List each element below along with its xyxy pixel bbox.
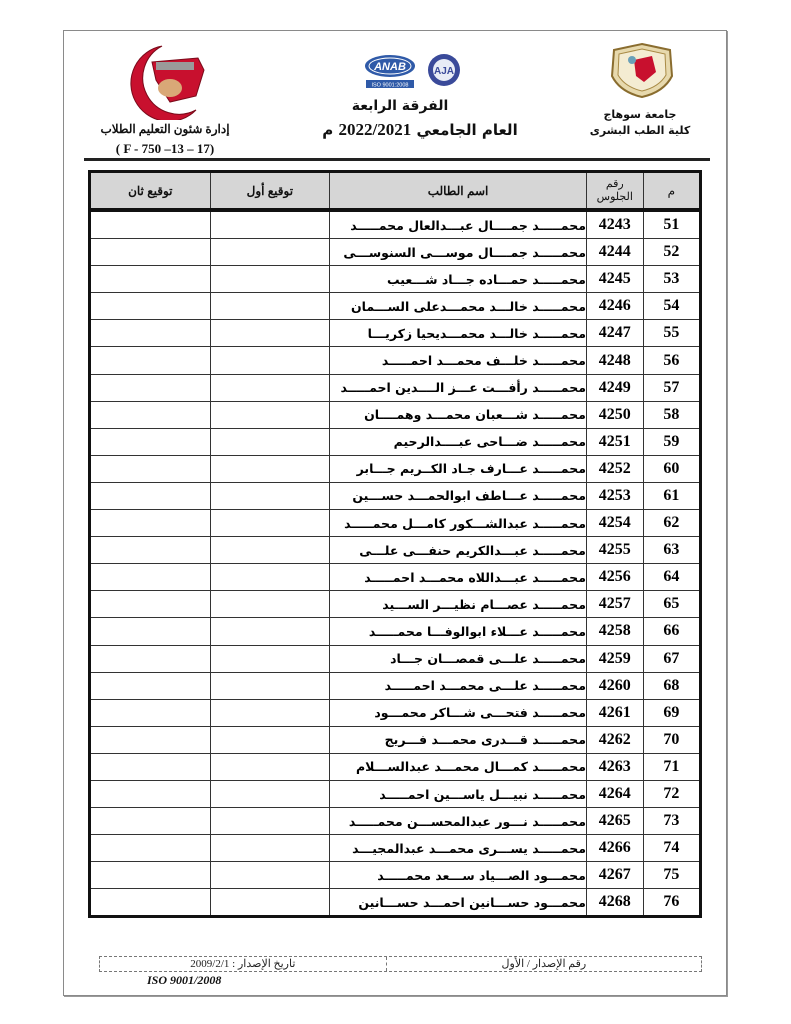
second-signature-cell[interactable]: [90, 862, 211, 889]
first-signature-cell[interactable]: [210, 808, 330, 835]
table-row: 59 4251 محمـــــد ضـــاحى عبــــدالرحيم: [90, 428, 701, 455]
row-number: 62: [643, 510, 700, 537]
row-number: 64: [643, 564, 700, 591]
student-name: محمـــــد خالـــد محمـــدعلى الســـمان: [330, 293, 587, 320]
table-row: 60 4252 محمـــــد عـــارف جـاد الكــريم …: [90, 455, 701, 482]
second-signature-cell[interactable]: [90, 510, 211, 537]
column-header-second-signature: توقيع ثان: [90, 172, 211, 211]
student-name: محمـــــد ضـــاحى عبــــدالرحيم: [330, 428, 587, 455]
student-name: محمـــــد عبدالشـــكور كامـــل محمـــــد: [330, 510, 587, 537]
second-signature-cell[interactable]: [90, 699, 211, 726]
first-signature-cell[interactable]: [210, 780, 330, 807]
row-number: 59: [643, 428, 700, 455]
department-name: إدارة شئون التعليم الطلاب: [100, 122, 230, 137]
row-number: 52: [643, 239, 700, 266]
first-signature-cell[interactable]: [210, 210, 330, 239]
table-row: 73 4265 محمـــــد نـــور عبدالمحســـن مح…: [90, 808, 701, 835]
faculty-medicine-logo-icon: [100, 40, 220, 120]
iso-standard-label: ISO 9001/2008: [147, 973, 221, 988]
student-name: محمـــــد عبـــداللاه محمـــد احمـــــد: [330, 564, 587, 591]
table-row: 66 4258 محمـــــد عـــلاء ابوالوفـــا مح…: [90, 618, 701, 645]
second-signature-cell[interactable]: [90, 210, 211, 239]
second-signature-cell[interactable]: [90, 537, 211, 564]
university-name-block: جامعة سوهاج كلية الطب البشرى: [585, 107, 695, 139]
issue-date: تاريخ الإصدار : 2009/2/1: [100, 957, 386, 971]
row-number: 65: [643, 591, 700, 618]
student-name: محمـــــد عـــارف جـاد الكــريم جـــابر: [330, 455, 587, 482]
form-code: ( F - 750 –13 – 17): [100, 141, 230, 157]
student-name: محمـــــد عبـــدالكريم حنفـــى علـــى: [330, 537, 587, 564]
student-name: محمـــــد فتحـــى شـــاكر محمـــود: [330, 699, 587, 726]
second-signature-cell[interactable]: [90, 672, 211, 699]
row-number: 74: [643, 835, 700, 862]
academic-year-value: 2022/2021: [339, 120, 412, 139]
roster-body: 51 4243 محمـــــد جمــــال عبـــدالعال م…: [90, 210, 701, 917]
sohag-university-crest-icon: [604, 42, 680, 98]
university-name: جامعة سوهاج: [585, 107, 695, 123]
seat-number: 4263: [586, 753, 643, 780]
first-signature-cell[interactable]: [210, 889, 330, 917]
table-row: 74 4266 محمـــــد يســـرى محمـــد عبدالم…: [90, 835, 701, 862]
second-signature-cell[interactable]: [90, 428, 211, 455]
table-row: 65 4257 محمـــــد عصـــام نظيـــر الســـ…: [90, 591, 701, 618]
seat-number: 4250: [586, 401, 643, 428]
seat-number: 4254: [586, 510, 643, 537]
column-header-seat-number: رقم الجلوس: [586, 172, 643, 211]
student-name: محمـــــد جمــــال عبـــدالعال محمـــــد: [330, 210, 587, 239]
second-signature-cell[interactable]: [90, 753, 211, 780]
row-number: 76: [643, 889, 700, 917]
second-signature-cell[interactable]: [90, 401, 211, 428]
table-row: 67 4259 محمـــــد علـــى قمصـــان جـــاد: [90, 645, 701, 672]
seat-number: 4268: [586, 889, 643, 917]
table-row: 56 4248 محمـــــد خلـــف محمـــد احمــــ…: [90, 347, 701, 374]
student-name: محمـــــد خالـــد محمـــديحيا زكريـــا: [330, 320, 587, 347]
document-control-box: رقم الإصدار / الأول تاريخ الإصدار : 2009…: [99, 956, 702, 972]
second-signature-cell[interactable]: [90, 320, 211, 347]
student-name: محمـــــد خلـــف محمـــد احمـــــد: [330, 347, 587, 374]
seat-number: 4265: [586, 808, 643, 835]
first-signature-cell[interactable]: [210, 266, 330, 293]
student-name: محمـــــد جمــــال موســـى السنوســـى: [330, 239, 587, 266]
second-signature-cell[interactable]: [90, 564, 211, 591]
table-row: 55 4247 محمـــــد خالـــد محمـــديحيا زك…: [90, 320, 701, 347]
row-number: 53: [643, 266, 700, 293]
second-signature-cell[interactable]: [90, 780, 211, 807]
student-name: محمـــــد عصـــام نظيـــر الســـيد: [330, 591, 587, 618]
table-row: 53 4245 محمـــــد حمـــاده جـــاد شـــعي…: [90, 266, 701, 293]
second-signature-cell[interactable]: [90, 591, 211, 618]
academic-year-title: العام الجامعي 2022/2021 م: [300, 120, 540, 140]
first-signature-cell[interactable]: [210, 347, 330, 374]
first-signature-cell[interactable]: [210, 537, 330, 564]
table-row: 70 4262 محمـــــد قـــدرى محمـــد فـــري…: [90, 726, 701, 753]
seat-number: 4262: [586, 726, 643, 753]
second-signature-cell[interactable]: [90, 808, 211, 835]
first-signature-cell[interactable]: [210, 293, 330, 320]
second-signature-cell[interactable]: [90, 726, 211, 753]
table-row: 68 4260 محمـــــد علـــى محمـــد احمــــ…: [90, 672, 701, 699]
row-number: 57: [643, 374, 700, 401]
seat-number: 4257: [586, 591, 643, 618]
issue-number: رقم الإصدار / الأول: [386, 957, 701, 971]
student-name: محمـــــد علـــى محمـــد احمـــــد: [330, 672, 587, 699]
row-number: 58: [643, 401, 700, 428]
student-name: محمـــــد عـــلاء ابوالوفـــا محمـــــد: [330, 618, 587, 645]
svg-text:AJA: AJA: [434, 66, 454, 77]
first-signature-cell[interactable]: [210, 645, 330, 672]
table-header-row: م رقم الجلوس اسم الطالب توقيع أول توقيع …: [90, 172, 701, 211]
first-signature-cell[interactable]: [210, 726, 330, 753]
academic-year-prefix: العام الجامعي: [416, 121, 517, 139]
table-row: 51 4243 محمـــــد جمــــال عبـــدالعال م…: [90, 210, 701, 239]
second-signature-cell[interactable]: [90, 347, 211, 374]
student-name: محمـــــد شـــعبان محمـــد وهمــــان: [330, 401, 587, 428]
row-number: 61: [643, 482, 700, 509]
student-name: محمـــــد كمـــال محمـــد عبدالســـلام: [330, 753, 587, 780]
row-number: 55: [643, 320, 700, 347]
first-signature-cell[interactable]: [210, 591, 330, 618]
second-signature-cell[interactable]: [90, 889, 211, 917]
row-number: 56: [643, 347, 700, 374]
table-row: 57 4249 محمـــــد رأفـــت عـــز الــــدي…: [90, 374, 701, 401]
row-number: 51: [643, 210, 700, 239]
second-signature-cell[interactable]: [90, 266, 211, 293]
table-row: 71 4263 محمـــــد كمـــال محمـــد عبدالس…: [90, 753, 701, 780]
seat-number: 4247: [586, 320, 643, 347]
row-number: 69: [643, 699, 700, 726]
student-name: محمـــــد عـــاطف ابوالحمـــد حســـين: [330, 482, 587, 509]
table-row: 69 4261 محمـــــد فتحـــى شـــاكر محمـــ…: [90, 699, 701, 726]
student-name: محمـــــد علـــى قمصـــان جـــاد: [330, 645, 587, 672]
first-signature-cell[interactable]: [210, 374, 330, 401]
accreditation-logos-icon: ANAB ISO 9001:2008 AJA: [362, 52, 474, 92]
first-signature-cell[interactable]: [210, 564, 330, 591]
seat-number: 4252: [586, 455, 643, 482]
student-name: محمـــــد يســـرى محمـــد عبدالمجيـــد: [330, 835, 587, 862]
seat-number: 4266: [586, 835, 643, 862]
first-signature-cell[interactable]: [210, 699, 330, 726]
row-number: 73: [643, 808, 700, 835]
seat-number: 4259: [586, 645, 643, 672]
table-row: 72 4264 محمـــــد نبيـــل ياســـين احمــ…: [90, 780, 701, 807]
student-name: محمـــــد حمـــاده جـــاد شـــعيب: [330, 266, 587, 293]
table-row: 54 4246 محمـــــد خالـــد محمـــدعلى الس…: [90, 293, 701, 320]
svg-text:ANAB: ANAB: [373, 61, 406, 73]
seat-number: 4245: [586, 266, 643, 293]
first-signature-cell[interactable]: [210, 618, 330, 645]
seat-number: 4243: [586, 210, 643, 239]
seat-number: 4258: [586, 618, 643, 645]
row-number: 72: [643, 780, 700, 807]
table-row: 75 4267 محمـــود الصـــياد ســـعد محمـــ…: [90, 862, 701, 889]
seat-number: 4253: [586, 482, 643, 509]
second-signature-cell[interactable]: [90, 482, 211, 509]
first-signature-cell[interactable]: [210, 482, 330, 509]
first-signature-cell[interactable]: [210, 455, 330, 482]
table-row: 52 4244 محمـــــد جمــــال موســـى السنو…: [90, 239, 701, 266]
row-number: 66: [643, 618, 700, 645]
first-signature-cell[interactable]: [210, 835, 330, 862]
second-signature-cell[interactable]: [90, 835, 211, 862]
first-signature-cell[interactable]: [210, 753, 330, 780]
second-signature-cell[interactable]: [90, 374, 211, 401]
academic-year-suffix: م: [322, 121, 333, 139]
seat-number: 4248: [586, 347, 643, 374]
table-row: 64 4256 محمـــــد عبـــداللاه محمـــد اح…: [90, 564, 701, 591]
second-signature-cell[interactable]: [90, 618, 211, 645]
student-name: محمـــــد قـــدرى محمـــد فـــريج: [330, 726, 587, 753]
seat-number: 4267: [586, 862, 643, 889]
first-signature-cell[interactable]: [210, 510, 330, 537]
table-row: 61 4253 محمـــــد عـــاطف ابوالحمـــد حس…: [90, 482, 701, 509]
class-level-title: الفرقة الرابعة: [300, 98, 500, 114]
column-header-student-name: اسم الطالب: [330, 172, 587, 211]
row-number: 75: [643, 862, 700, 889]
row-number: 67: [643, 645, 700, 672]
second-signature-cell[interactable]: [90, 293, 211, 320]
first-signature-cell[interactable]: [210, 428, 330, 455]
row-number: 54: [643, 293, 700, 320]
first-signature-cell[interactable]: [210, 401, 330, 428]
row-number: 60: [643, 455, 700, 482]
seat-number: 4255: [586, 537, 643, 564]
seat-number: 4251: [586, 428, 643, 455]
faculty-name: كلية الطب البشرى: [585, 123, 695, 139]
second-signature-cell[interactable]: [90, 645, 211, 672]
student-name: محمـــــد نبيـــل ياســـين احمـــــد: [330, 780, 587, 807]
student-name: محمـــود الصـــياد ســـعد محمـــــد: [330, 862, 587, 889]
first-signature-cell[interactable]: [210, 862, 330, 889]
column-header-number: م: [643, 172, 700, 211]
seat-number: 4261: [586, 699, 643, 726]
seat-number: 4249: [586, 374, 643, 401]
table-row: 63 4255 محمـــــد عبـــدالكريم حنفـــى ع…: [90, 537, 701, 564]
column-header-first-signature: توقيع أول: [210, 172, 330, 211]
second-signature-cell[interactable]: [90, 239, 211, 266]
row-number: 71: [643, 753, 700, 780]
seat-number: 4246: [586, 293, 643, 320]
student-name: محمـــود حســـانين احمـــد حســـانين: [330, 889, 587, 917]
header-divider: [84, 158, 710, 161]
first-signature-cell[interactable]: [210, 239, 330, 266]
row-number: 68: [643, 672, 700, 699]
row-number: 63: [643, 537, 700, 564]
seat-number: 4244: [586, 239, 643, 266]
svg-text:ISO 9001:2008: ISO 9001:2008: [371, 83, 408, 89]
seat-number: 4264: [586, 780, 643, 807]
student-name: محمـــــد رأفـــت عـــز الــــدين احمـــ…: [330, 374, 587, 401]
student-roster-table: م رقم الجلوس اسم الطالب توقيع أول توقيع …: [88, 170, 702, 918]
student-name: محمـــــد نـــور عبدالمحســـن محمـــــد: [330, 808, 587, 835]
table-row: 58 4250 محمـــــد شـــعبان محمـــد وهمــ…: [90, 401, 701, 428]
seat-number: 4260: [586, 672, 643, 699]
first-signature-cell[interactable]: [210, 320, 330, 347]
second-signature-cell[interactable]: [90, 455, 211, 482]
seat-number: 4256: [586, 564, 643, 591]
table-row: 62 4254 محمـــــد عبدالشـــكور كامـــل م…: [90, 510, 701, 537]
table-row: 76 4268 محمـــود حســـانين احمـــد حســـ…: [90, 889, 701, 917]
row-number: 70: [643, 726, 700, 753]
first-signature-cell[interactable]: [210, 672, 330, 699]
